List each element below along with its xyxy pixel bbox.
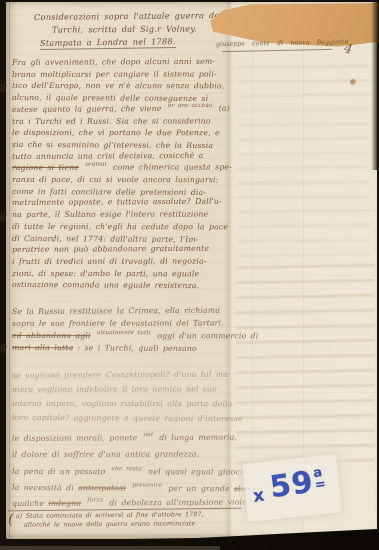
manuscript-line: di tutte le regioni, ch'egli ha cedute d… (12, 222, 228, 231)
manuscript-line: alcuno, il quale presenti delle consegue… (12, 93, 228, 103)
ink-stain (350, 79, 356, 85)
paper-chainline (303, 10, 304, 530)
manuscript-line: brano moltiplicarsi per cangiare il sist… (12, 69, 228, 78)
manuscript-line: qualche indegna forza di debolezza all'i… (12, 498, 228, 508)
manuscript-line: na parte, il Sultano esige l'intera rest… (12, 210, 228, 219)
manuscript-line: sia che si esaminino gl'interessi, che l… (12, 140, 228, 150)
manuscript-line: metralmente opposte, e tuttavia assolute… (12, 197, 228, 207)
manuscript-line: niera vogliono indebolire il loro nemico… (12, 385, 228, 394)
table-surface-sliver (0, 546, 220, 550)
manuscript-line: di Cainardi, nel 1774: dall'altra parte,… (12, 234, 228, 244)
footnote-line: allorchè le nuove della guerra erano inc… (24, 520, 198, 529)
manuscript-line: estese quanto la guerra, che viene or or… (12, 103, 228, 113)
manuscript-line: ranza di pace, di cui si vuole ancora lu… (12, 175, 228, 184)
footnote-bracket: ( (8, 510, 14, 528)
manuscript-line: tico dell'Europa, non ve n'è alcuno senz… (12, 81, 228, 90)
manuscript-line: la necessità di anticipatosi prevenire p… (12, 483, 228, 493)
manuscript-line: i frutti di tredici anni di travagli, di… (12, 256, 228, 265)
manuscript-line: Se la Russia restituisce la Crimea, ella… (12, 306, 228, 316)
page-edge-line (9, 2, 10, 538)
manuscript-line: tutto annuncia una crisi decisiva, cosic… (12, 150, 228, 160)
ink-bleedthrough-upper (238, 61, 370, 262)
manuscript-line: tra i Turchi ed i Russi. Sia che si cons… (12, 116, 228, 125)
manuscript-line: come in fatti conciliare delle pretensio… (12, 187, 228, 197)
shelfmark-number: 59 (268, 465, 316, 506)
ink-bleedthrough-lower (236, 261, 374, 468)
manuscript-line: se vogliono prendere Costantinopoli? d'u… (12, 370, 228, 380)
title-imprint-line: Stampata a Londra nel 1788. (40, 36, 176, 50)
shelfmark-exponent: a= (312, 465, 323, 481)
manuscript-line: Fra gli avvenimenti, che dopo alcuni ann… (12, 57, 228, 67)
manuscript-line: peratrice non può abbandonare gratuitame… (12, 244, 228, 254)
manuscript-line: le disposizioni, che vi portano le due P… (12, 128, 228, 137)
page-edge-shadow-right (371, 0, 379, 170)
manuscript-line: zioni, di spese: d'ambo le parti, una eg… (12, 269, 228, 278)
title-line: Turchi, scritta dal Sig.r Volney. (52, 23, 197, 34)
manuscript-line: interno impero, vogliono ristabilirsi al… (12, 399, 228, 408)
manuscript-line: sopra le sue frontiere le devastazioni d… (12, 319, 228, 328)
manuscript-scan: Considerazioni sopra l'attuale guerra de… (0, 0, 379, 550)
manuscript-line: ostinazione comanda una eguale resistenz… (12, 280, 228, 290)
manuscript-line: le disposizioni morali, ponete nel di lu… (12, 433, 228, 443)
manuscript-line: ragione si tiene oramai come chimerica q… (12, 163, 228, 172)
manuscript-line: mari alla lutta : se i Turchi, quali pen… (12, 343, 228, 353)
manuscript-line: la pena di un passato che resta nel quas… (12, 467, 228, 476)
manuscript-line: loro capitale? aggiungete a queste ragio… (12, 413, 228, 423)
manuscript-line: il dolore di soffrire d'una antica grand… (12, 450, 228, 459)
shelfmark-underline: = (314, 477, 327, 493)
title-line: Considerazioni sopra l'attuale guerra de… (34, 10, 223, 22)
manuscript-line: ed abbandona agli attualmente tutti oggi… (12, 331, 228, 340)
paper-chainline (252, 10, 253, 530)
shelfmark-prefix: x (252, 485, 266, 506)
